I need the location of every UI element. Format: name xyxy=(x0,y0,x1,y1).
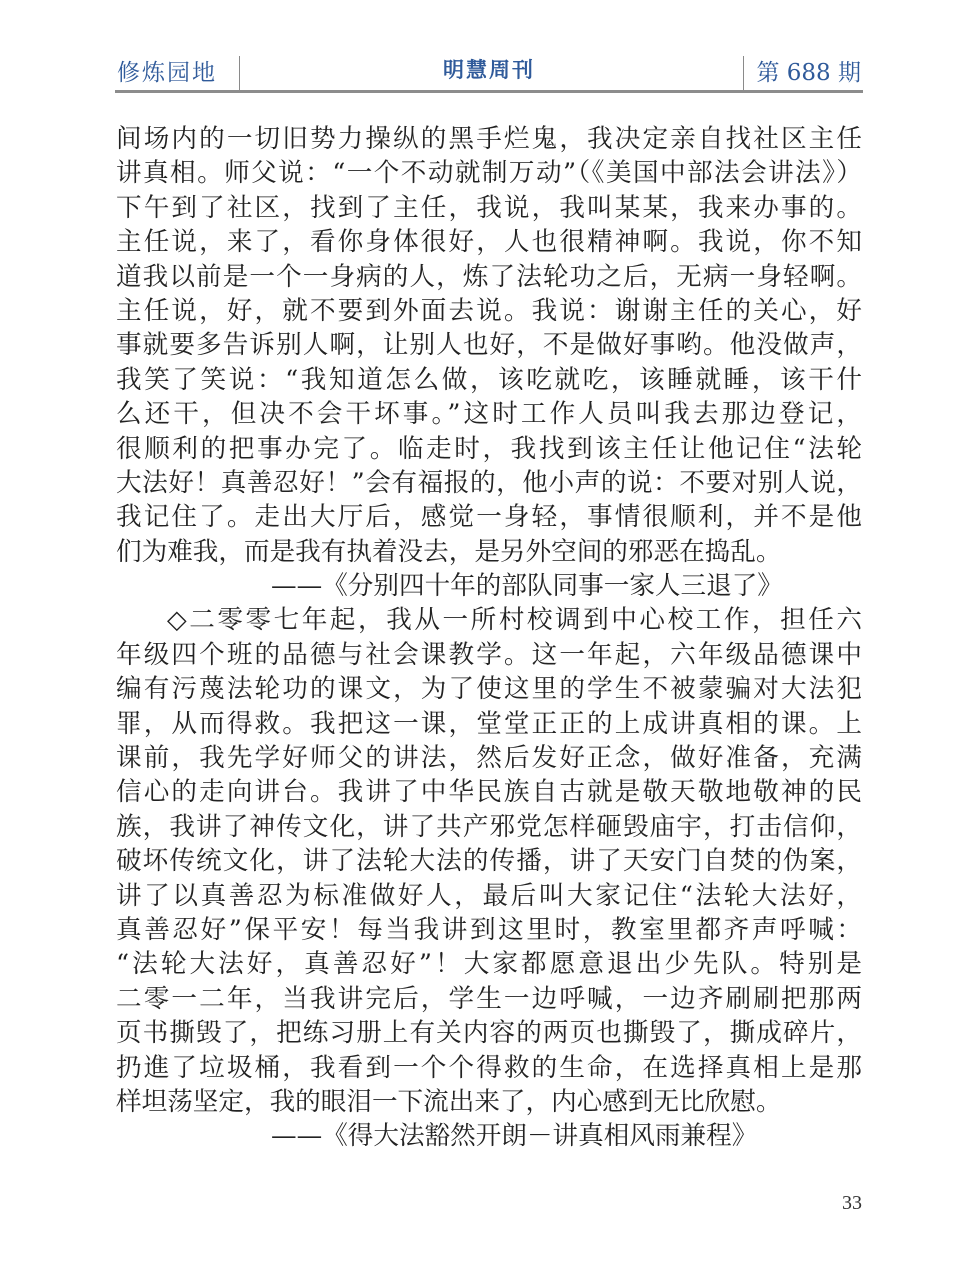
text-line: 扔進了垃圾桶，我看到一个个得救的生命，在选择真相上是那 xyxy=(116,1051,862,1085)
text-line: 我记住了。走出大厅后，感觉一身轻，事情很顺利，并不是他 xyxy=(116,500,862,534)
text-line: 么还干，但决不会干坏事。”这时工作人员叫我去那边登记， xyxy=(116,397,862,431)
text-line: 信心的走向讲台。我讲了中华民族自古就是敬天敬地敬神的民 xyxy=(116,775,862,809)
publication-title: 明慧周刊 xyxy=(115,54,863,84)
text-line: 破坏传统文化，讲了法轮大法的传播，讲了天安门自焚的伪案， xyxy=(116,844,862,878)
page-header: 修炼园地 明慧周刊 第 688 期 xyxy=(115,48,863,92)
source-attribution: ——《得大法豁然开朗－讲真相风雨兼程》 xyxy=(116,1119,862,1153)
text-line: 我笑了笑说：“我知道怎么做，该吃就吃，该睡就睡，该干什 xyxy=(116,363,862,397)
paragraph-start-line: ◇二零零七年起，我从一所村校调到中心校工作，担任六 xyxy=(116,603,862,637)
text-line: 们为难我，而是我有执着没去，是另外空间的邪恶在捣乱。 xyxy=(116,535,862,569)
text-line: 讲了以真善忍为标准做好人，最后叫大家记住“法轮大法好， xyxy=(116,879,862,913)
text-line: 大法好！真善忍好！”会有福报的，他小声的说：不要对别人说， xyxy=(116,466,862,500)
text-line: 页书撕毁了，把练习册上有关内容的两页也撕毁了，撕成碎片， xyxy=(116,1016,862,1050)
text-line: 事就要多告诉别人啊，让别人也好，不是做好事哟。他没做声， xyxy=(116,328,862,362)
text-line: 真善忍好”保平安！每当我讲到这里时，教室里都齐声呼喊： xyxy=(116,913,862,947)
page-number: 33 xyxy=(842,1192,862,1215)
text-line: 间场内的一切旧势力操纵的黑手烂鬼，我决定亲自找社区主任 xyxy=(116,122,862,156)
text-line: 编有污蔑法轮功的课文，为了使这里的学生不被蒙骗对大法犯 xyxy=(116,672,862,706)
source-attribution: ——《分别四十年的部队同事一家人三退了》 xyxy=(116,569,862,603)
text-line: 罪，从而得救。我把这一课，堂堂正正的上成讲真相的课。上 xyxy=(116,707,862,741)
text-line: 讲真相。师父说：“一个不动就制万动”（《美国中部法会讲法》） xyxy=(116,156,862,190)
text-line: 二零一二年，当我讲完后，学生一边呼喊，一边齐刷刷把那两 xyxy=(116,982,862,1016)
header-divider-right xyxy=(743,56,744,92)
text-line: 主任说，好，就不要到外面去说。我说：谢谢主任的关心，好 xyxy=(116,294,862,328)
text-line: 样坦荡坚定，我的眼泪一下流出来了，内心感到无比欣慰。 xyxy=(116,1085,862,1119)
text-line: 道我以前是一个一身病的人，炼了法轮功之后，无病一身轻啊。 xyxy=(116,260,862,294)
article-body: 间场内的一切旧势力操纵的黑手烂鬼，我决定亲自找社区主任 讲真相。师父说：“一个不… xyxy=(116,122,862,1154)
header-rule xyxy=(115,90,863,93)
issue-number: 第 688 期 xyxy=(756,54,861,87)
text-line: 课前，我先学好师父的讲法，然后发好正念，做好准备，充满 xyxy=(116,741,862,775)
text-line: 很顺利的把事办完了。临走时，我找到该主任让他记住“法轮 xyxy=(116,432,862,466)
text-line: 族，我讲了神传文化，讲了共产邪党怎样砸毁庙宇，打击信仰， xyxy=(116,810,862,844)
text-line: 年级四个班的品德与社会课教学。这一年起，六年级品德课中 xyxy=(116,638,862,672)
text-line: “法轮大法好，真善忍好”！大家都愿意退出少先队。特别是 xyxy=(116,947,862,981)
text-line: 主任说，来了，看你身体很好，人也很精神啊。我说，你不知 xyxy=(116,225,862,259)
text-line: 下午到了社区，找到了主任，我说，我叫某某，我来办事的。 xyxy=(116,191,862,225)
